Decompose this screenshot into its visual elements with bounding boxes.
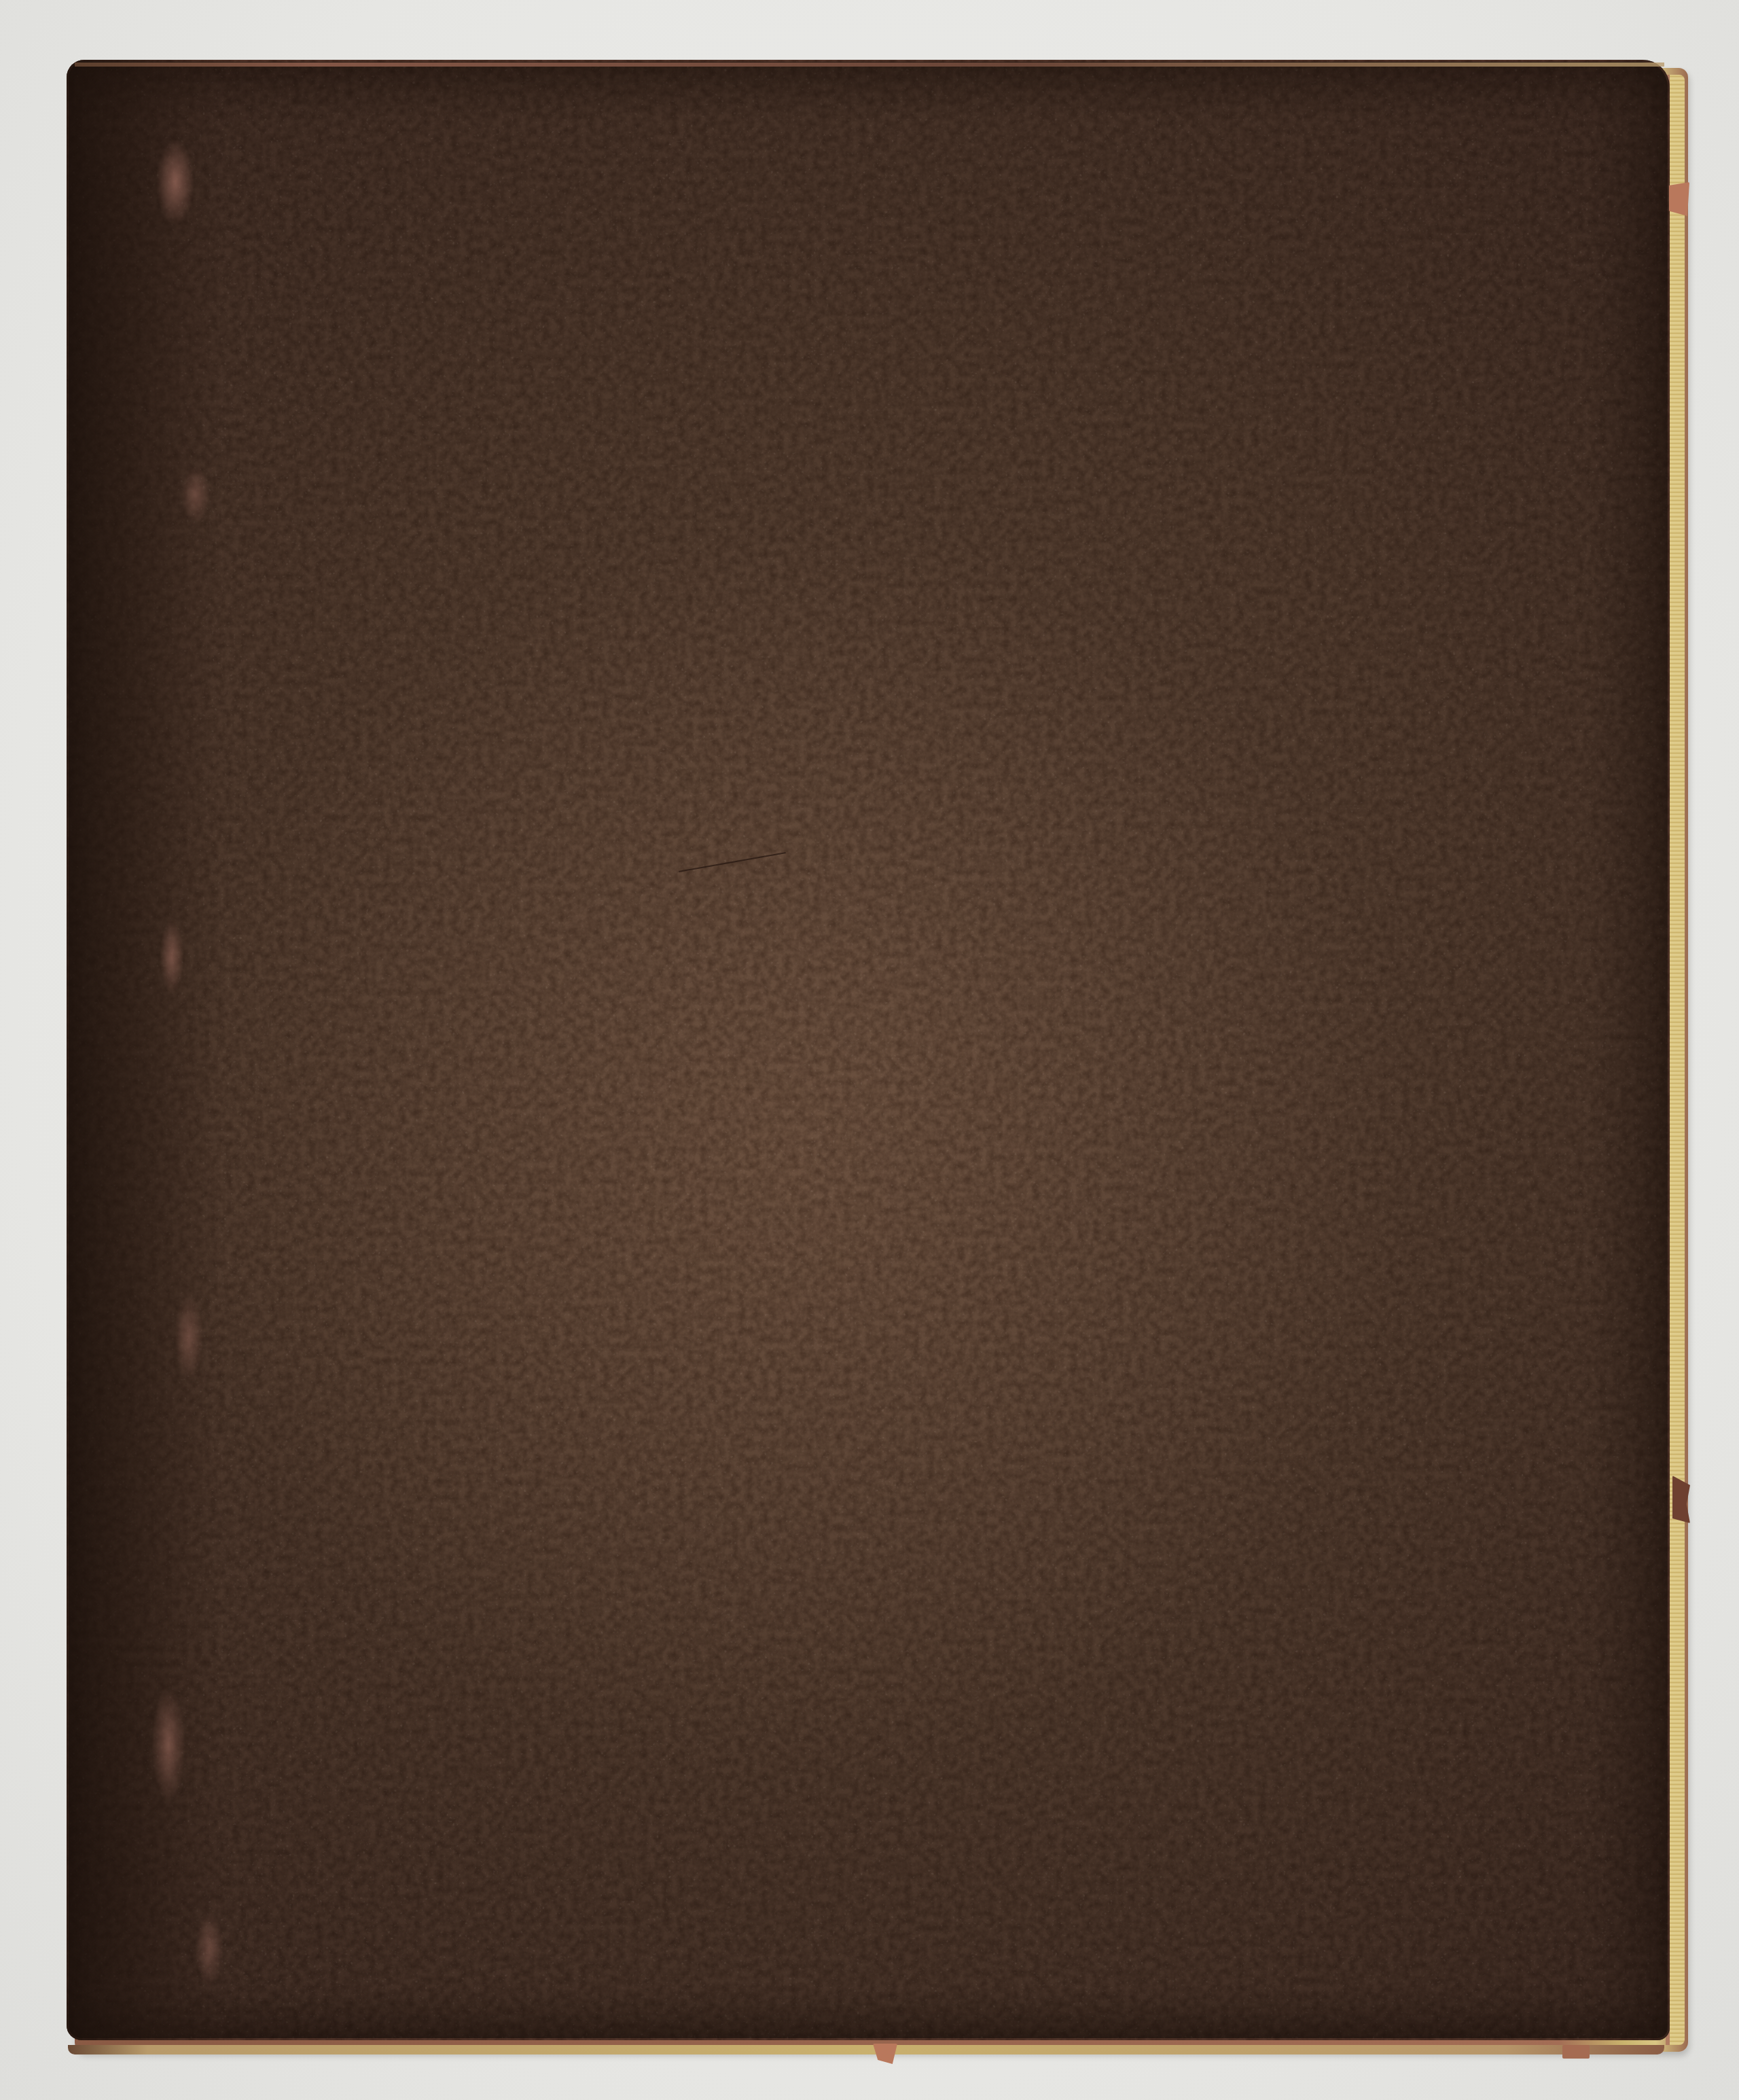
gilt-page-edge-bottom xyxy=(68,2045,1664,2054)
torn-edge-fragment xyxy=(1562,2045,1590,2059)
leather-highlight-texture xyxy=(67,60,1670,2040)
cover-edge-shade xyxy=(67,1986,1670,2040)
cover-edge-shade xyxy=(1588,60,1670,2040)
spine-scuff-marks xyxy=(114,60,230,2040)
leather-book-cover xyxy=(67,60,1670,2040)
photo-background xyxy=(0,0,1739,2100)
torn-edge-fragment xyxy=(1669,182,1689,216)
worn-top-edge xyxy=(75,63,1664,67)
torn-edge-fragment xyxy=(873,2044,897,2064)
cover-edge-shade xyxy=(67,60,1670,121)
